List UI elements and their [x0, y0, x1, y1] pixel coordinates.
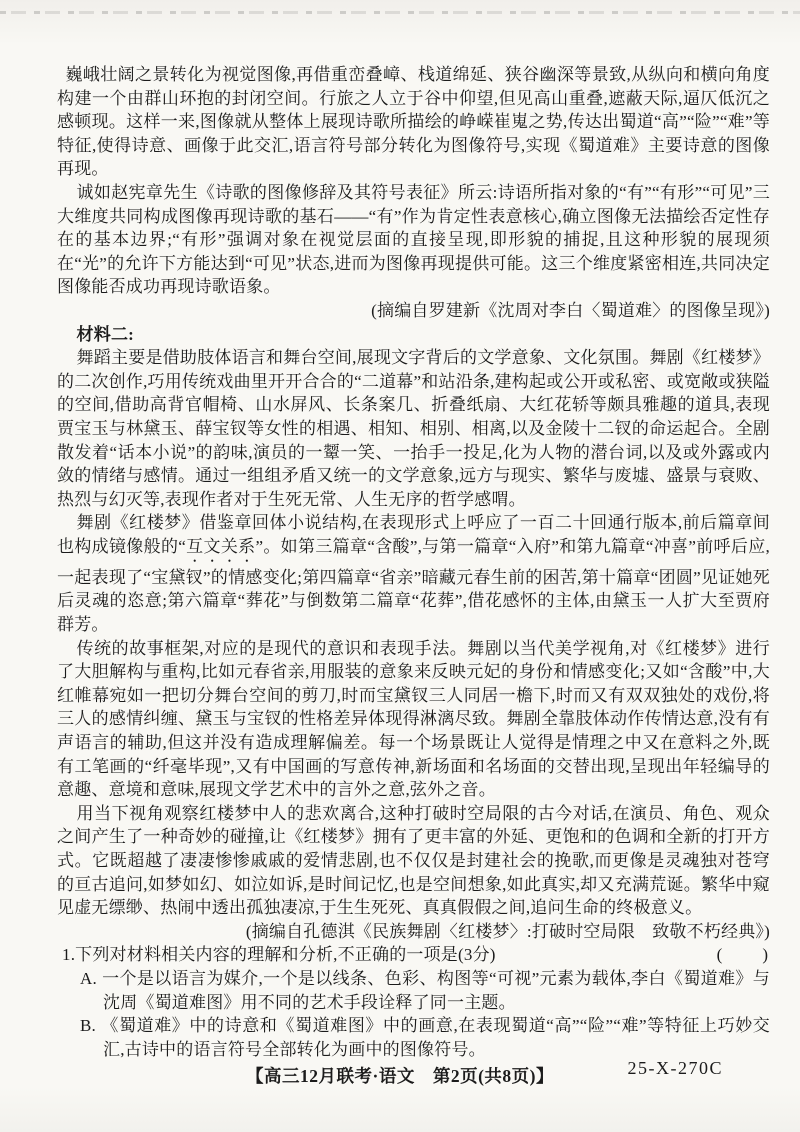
- option-a-text: 一个是以语言为媒介,一个是以线条、色彩、构图等“可视”元素为载体,李白《蜀道难》…: [102, 969, 770, 1012]
- question-1-answer-blank: ( ): [717, 943, 770, 967]
- exam-paper-page: 巍峨壮阔之景转化为视觉图像,再借重峦叠嶂、栈道绵延、狭谷幽深等景致,从纵向和横向…: [0, 0, 800, 1132]
- footer-paper-code: 25-X-270C: [628, 1058, 724, 1079]
- material1-attribution: (摘编自罗建新《沈周对李白〈蜀道难〉的图像呈现》): [57, 299, 770, 323]
- question-1-option-b: B.《蜀道难》中的诗意和《蜀道难图》中的画意,在表现蜀道“高”“险”“难”等特征…: [57, 1014, 770, 1061]
- material2-heading: 材料二:: [57, 323, 770, 347]
- material2-paragraph-1: 舞蹈主要是借助肢体语言和舞台空间,展现文字背后的文学意象、文化氛围。舞剧《红楼梦…: [57, 346, 770, 511]
- page-content: 巍峨壮阔之景转化为视觉图像,再借重峦叠嶂、栈道绵延、狭谷幽深等景致,从纵向和横向…: [57, 63, 770, 1061]
- material2-paragraph-3: 传统的故事框架,对应的是现代的意识和表现手法。舞剧以当代美学视角,对《红楼梦》进…: [57, 637, 770, 802]
- question-1-option-a: A.一个是以语言为媒介,一个是以线条、色彩、构图等“可视”元素为载体,李白《蜀道…: [57, 967, 770, 1014]
- option-b-label: B.: [80, 1016, 101, 1035]
- question-1-stem: 1.下列对材料相关内容的理解和分析,不正确的一项是(3分): [62, 943, 496, 967]
- question-1-number: 1.: [62, 945, 75, 964]
- material1-paragraph-2: 诚如赵宪章先生《诗歌的图像修辞及其符号表征》所云:诗语所指对象的“有”“有形”“…: [57, 181, 770, 299]
- material2-paragraph-2: 舞剧《红楼梦》借鉴章回体小说结构,在表现形式上呼应了一百二十回通行版本,前后篇章…: [57, 511, 770, 636]
- question-1-text: 下列对材料相关内容的理解和分析,不正确的一项是(3分): [75, 945, 495, 964]
- option-b-text: 《蜀道难》中的诗意和《蜀道难图》中的画意,在表现蜀道“高”“险”“难”等特征上巧…: [101, 1016, 770, 1059]
- material2-paragraph-4: 用当下视角观察红楼梦中人的悲欢离合,这种打破时空局限的古今对话,在演员、角色、观…: [57, 802, 770, 920]
- material1-paragraph-continuation: 巍峨壮阔之景转化为视觉图像,再借重峦叠嶂、栈道绵延、狭谷幽深等景致,从纵向和横向…: [57, 63, 770, 181]
- scan-artifact-line: [0, 11, 800, 14]
- material2-attribution: (摘编自孔德淇《民族舞剧〈红楼梦〉:打破时空局限 致敬不朽经典》): [57, 920, 770, 944]
- question-1-stem-line: 1.下列对材料相关内容的理解和分析,不正确的一项是(3分)( ): [57, 943, 770, 967]
- option-a-label: A.: [80, 969, 102, 988]
- emphasized-term: 互文关系: [186, 537, 255, 556]
